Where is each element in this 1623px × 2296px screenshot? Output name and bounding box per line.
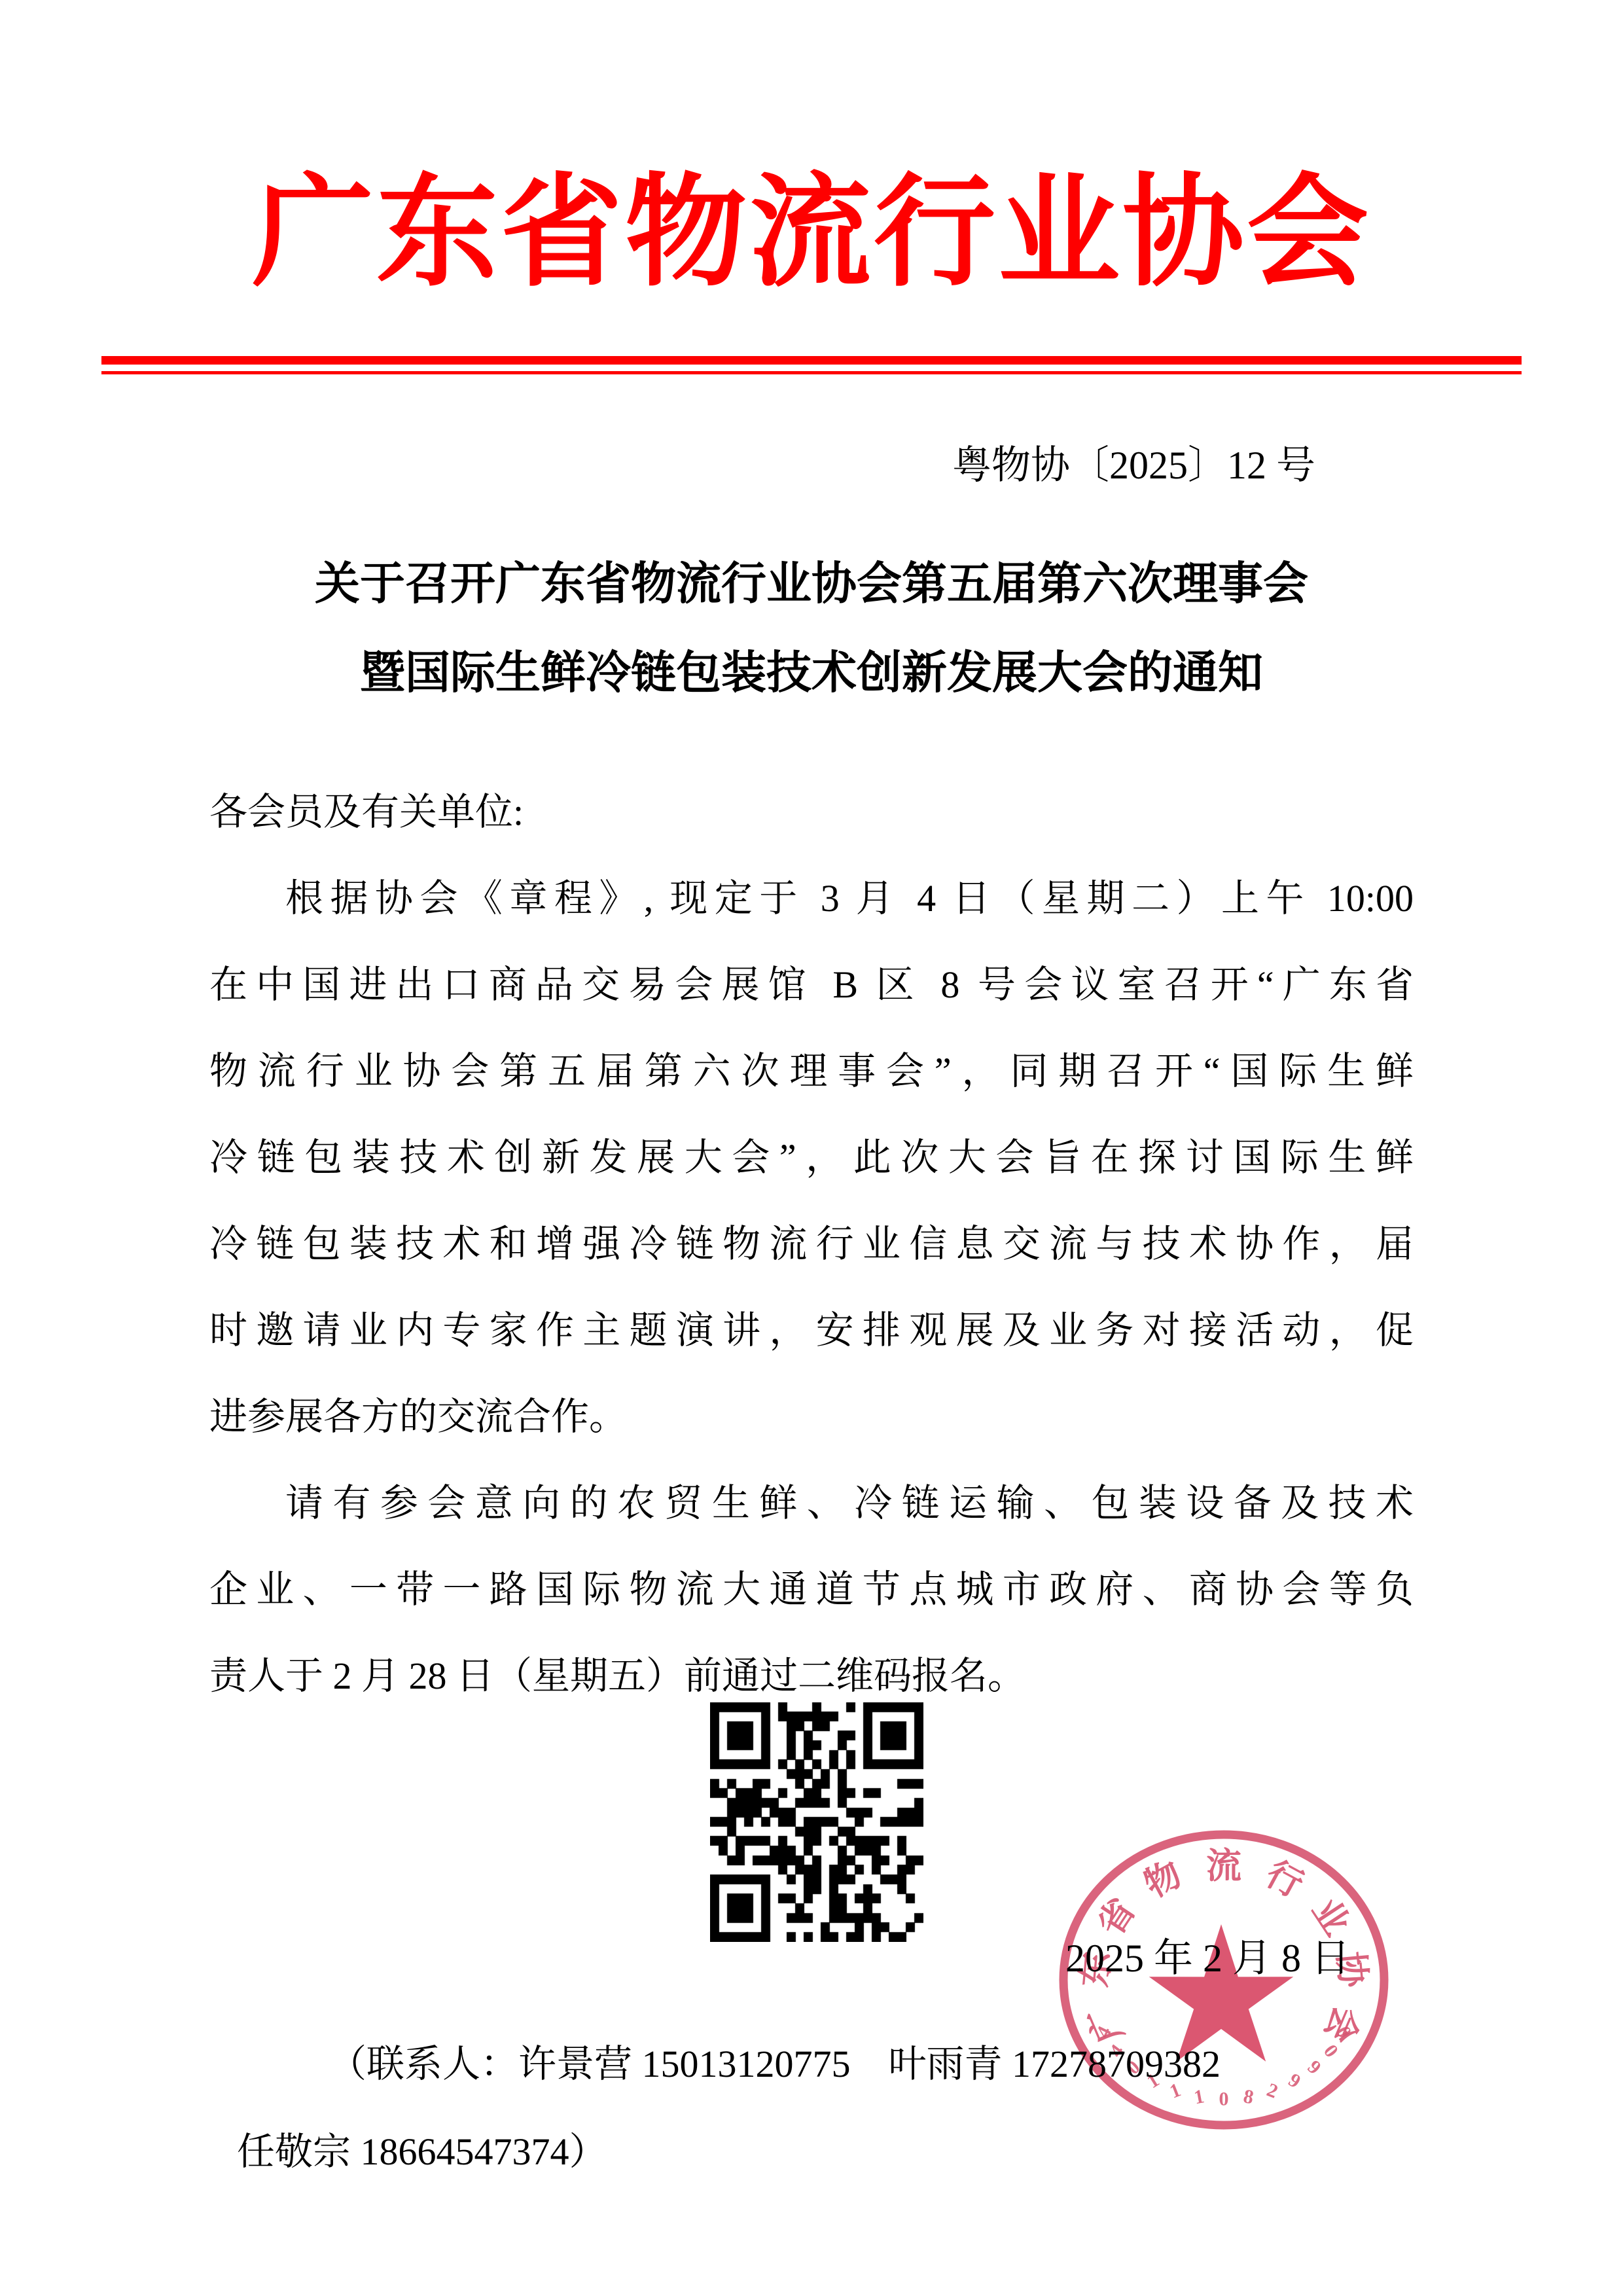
svg-text:行: 行 [1260, 1854, 1310, 1905]
document-title-line1: 关于召开广东省物流行业协会第五届第六次理事会 [0, 558, 1623, 610]
svg-text:2: 2 [1264, 2079, 1281, 2102]
letterhead-rule-thin [101, 371, 1522, 374]
letterhead-rule-thick [101, 356, 1522, 365]
document-title-line2: 暨国际生鲜冷链包装技术创新发展大会的通知 [0, 647, 1623, 699]
body-line: 时邀请业内专家作主题演讲，安排观展及业务对接活动，促 [209, 1287, 1414, 1374]
body-line: 根据协会《章程》, 现定于 3 月 4 日（星期二）上午 10:00 [209, 855, 1414, 942]
body-line: 企业、一带一路国际物流大通道节点城市政府、商协会等负 [209, 1547, 1414, 1633]
svg-text:流: 流 [1206, 1846, 1241, 1886]
qr-code [710, 1702, 923, 1942]
svg-text:0: 0 [1319, 2041, 1342, 2062]
body-line: 在中国进出口商品交易会展馆 B 区 8 号会议室召开“广东省 [209, 942, 1414, 1028]
body-line: 冷链包装技术创新发展大会”，此次大会旨在探讨国际生鲜 [209, 1115, 1414, 1201]
contact-line1: （联系人：许景营 15013120775 叶雨青 17278709382 [329, 2021, 1221, 2108]
body-line: 物流行业协会第五届第六次理事会”，同期召开“国际生鲜 [209, 1028, 1414, 1115]
document-page: 广东省物流行业协会 粤物协〔2025〕12 号 关于召开广东省物流行业协会第五届… [0, 0, 1623, 2296]
body-line: 进参展各方的交流合作。 [209, 1374, 1414, 1460]
body-line: 请有参会意向的农贸生鲜、冷链运输、包装设备及技术 [209, 1460, 1414, 1547]
salutation: 各会员及有关单位: [209, 769, 1414, 855]
contact-line2: 任敬宗 18664547374） [237, 2109, 607, 2195]
svg-text:会: 会 [1317, 2000, 1366, 2048]
svg-text:物: 物 [1138, 1854, 1188, 1905]
date-line: 2025 年 2 月 8 日 [1065, 1926, 1380, 1991]
svg-text:9: 9 [1285, 2069, 1304, 2092]
body-lines: 根据协会《章程》, 现定于 3 月 4 日（星期二）上午 10:00在中国进出口… [209, 855, 1414, 1719]
svg-text:9: 9 [1304, 2056, 1325, 2079]
body-line: 冷链包装技术和增强冷链物流行业信息交流与技术协作，届 [209, 1201, 1414, 1287]
svg-text:8: 8 [1241, 2085, 1255, 2108]
letterhead-org-name: 广东省物流行业协会 [0, 165, 1623, 302]
body-block: 各会员及有关单位: 根据协会《章程》, 现定于 3 月 4 日（星期二）上午 1… [209, 769, 1414, 1719]
document-number: 粤物协〔2025〕12 号 [952, 442, 1315, 488]
